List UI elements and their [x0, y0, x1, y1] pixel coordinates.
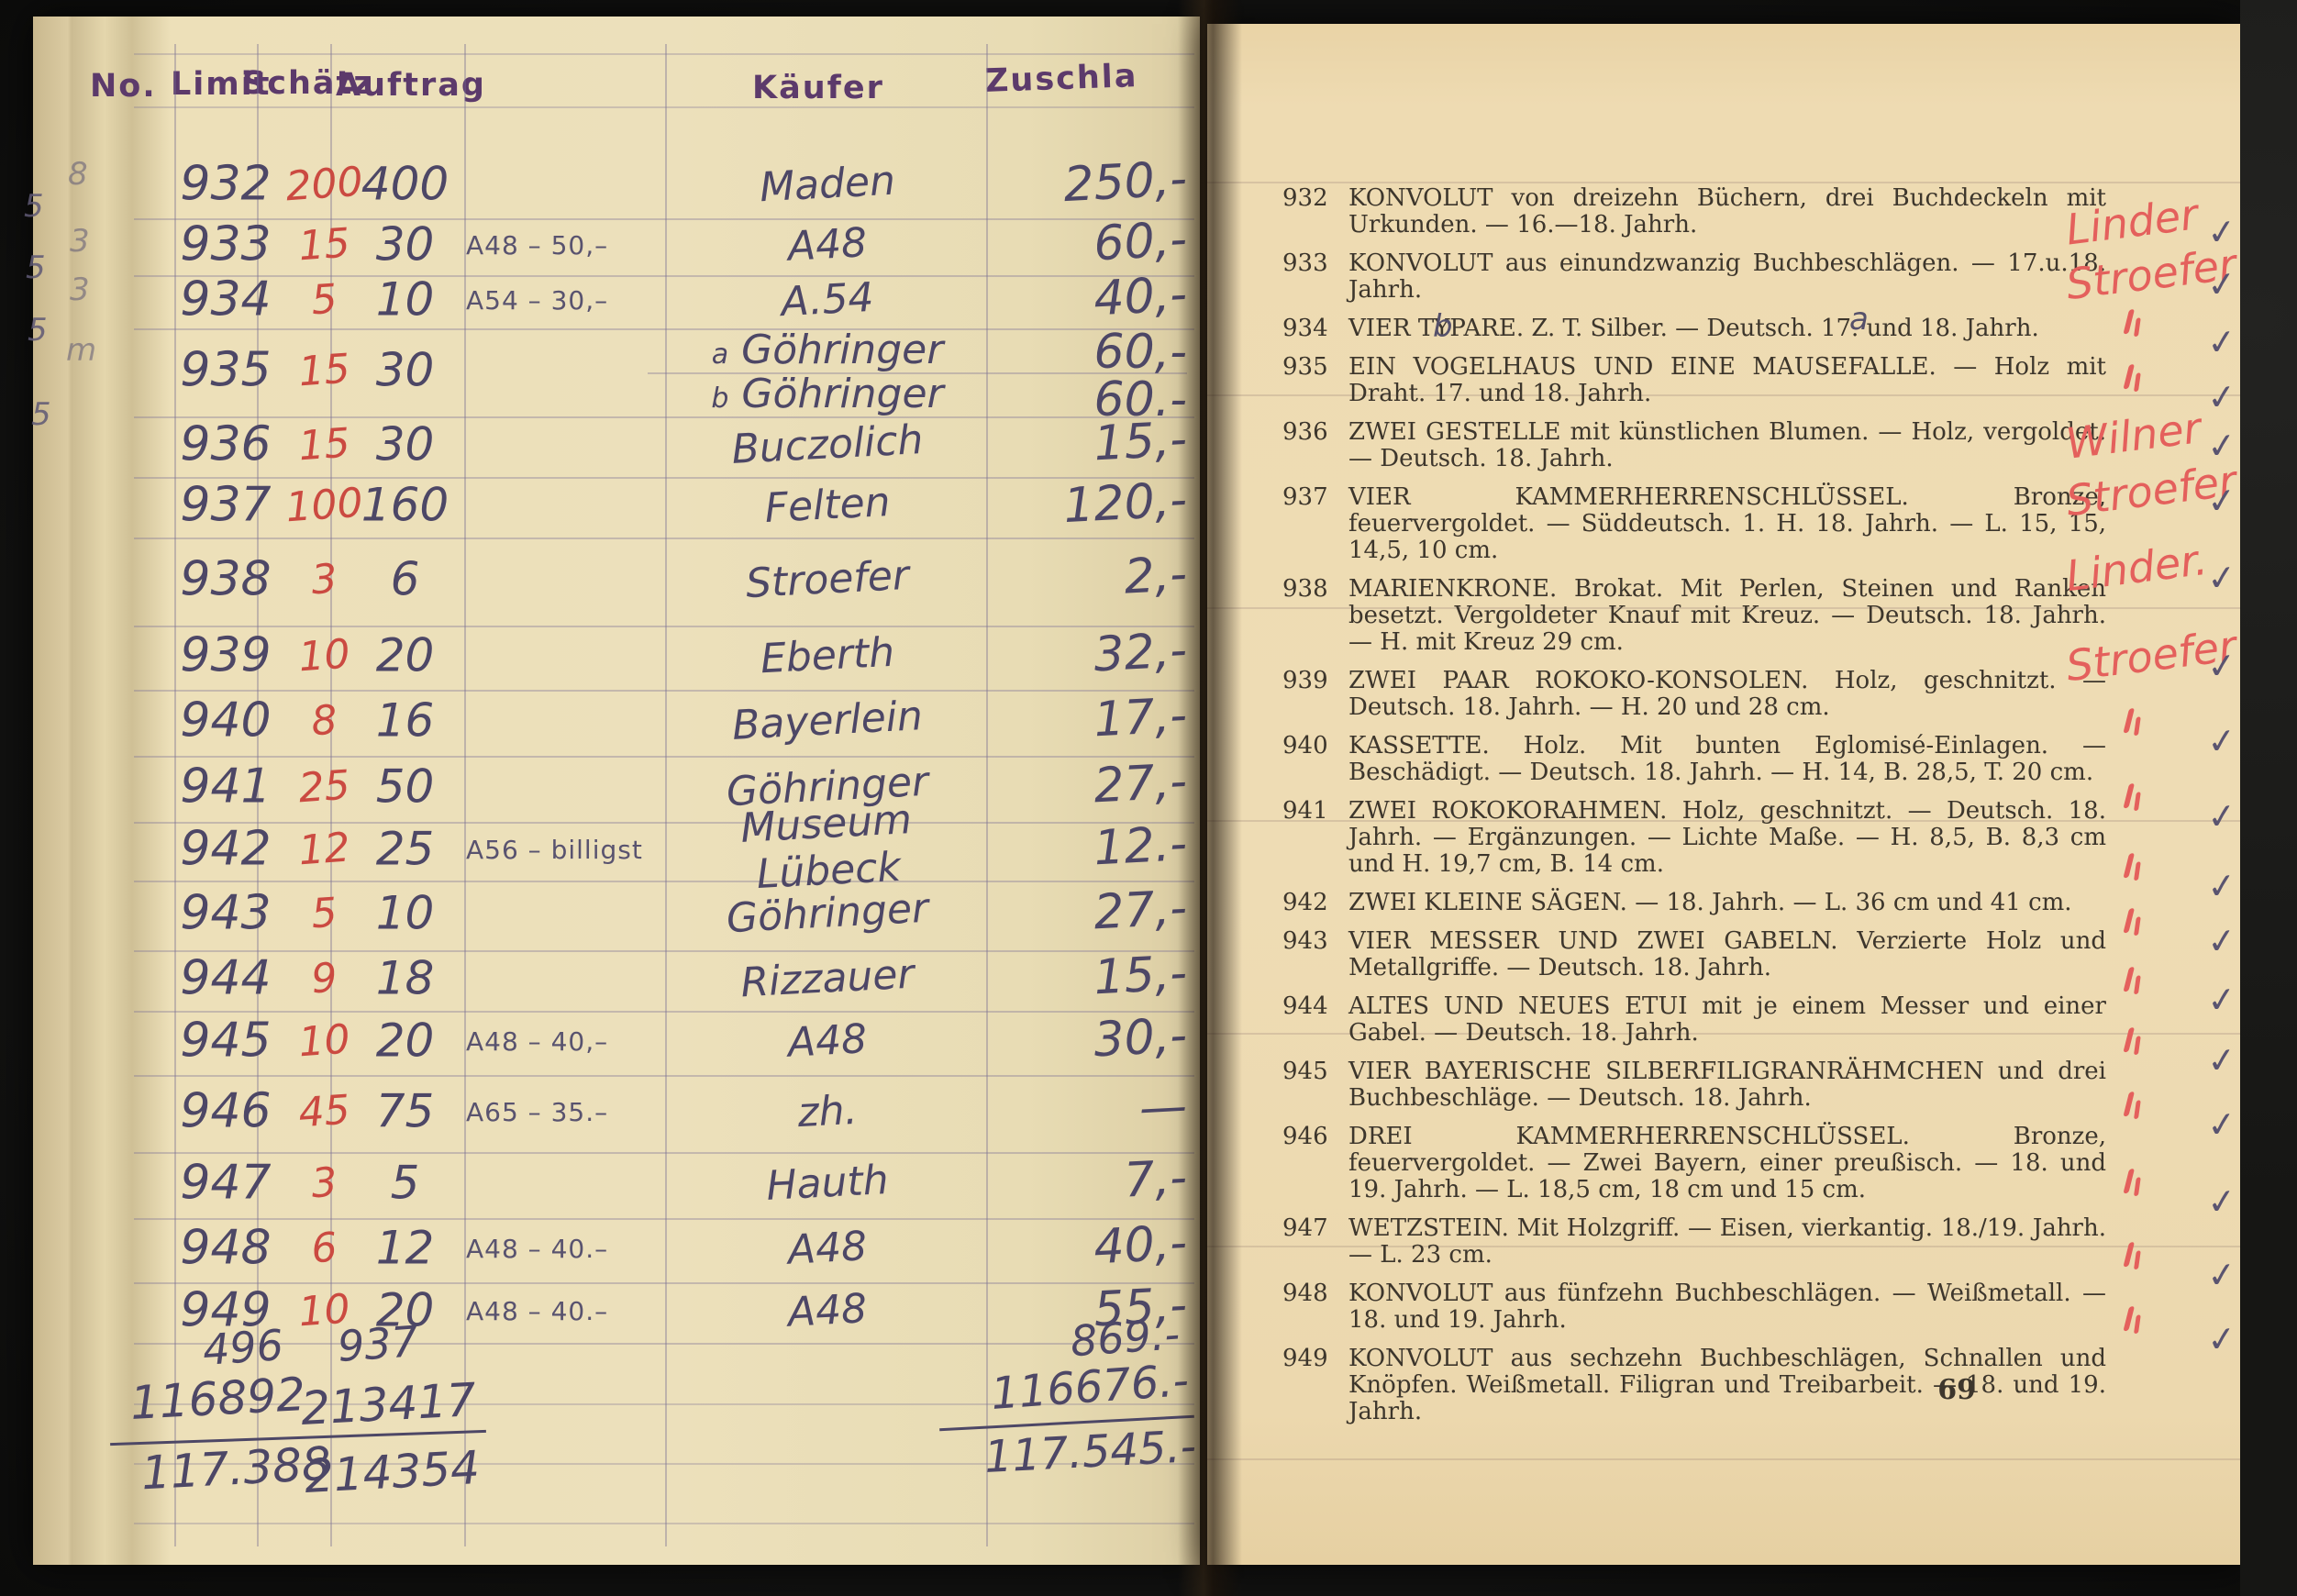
check-mark-icon: ✓ [2205, 1038, 2238, 1081]
cell-schaetz: 20 [352, 1014, 458, 1068]
cell-auftrag: A48 – 40,– [466, 1026, 666, 1057]
lot-description: VIER BAYERISCHE SILBERFILIGRANRÄHMCHEN u… [1348, 1058, 2106, 1112]
lot-number: 940 [1282, 733, 1348, 786]
cell-kaeufer: Maden [667, 152, 988, 216]
catalog-entry: 945VIER BAYERISCHE SILBERFILIGRANRÄHMCHE… [1282, 1058, 2106, 1112]
cell-zuschlag: 30,- [992, 1008, 1189, 1073]
sub-row-letter: b [711, 382, 728, 415]
ledger-row: 944918Rizzauer15,- [134, 950, 1194, 1013]
ledger-row: 943510Göhringer27,- [134, 881, 1194, 952]
limit-subtotal: 496 [201, 1320, 284, 1375]
cell-schaetz: 5 [352, 1157, 458, 1210]
sub-row-letter: a [712, 338, 728, 371]
cell-auftrag: A48 – 50,– [466, 230, 666, 260]
lot-number: 944 [1282, 993, 1348, 1047]
cell-zuschlag: 17,- [992, 688, 1189, 753]
catalog-entry: 943VIER MESSER UND ZWEI GABELN. Verziert… [1282, 928, 2106, 981]
ditto-mark-icon [2119, 705, 2150, 741]
margin-buyer-name: Stroefer✓ [2066, 631, 2240, 681]
ledger-row: 9361530Buczolich15,- [134, 416, 1194, 479]
cell-schaetz: 16 [352, 694, 458, 748]
lot-description: ZWEI ROKOKORAHMEN. Holz, geschnitzt. — D… [1348, 798, 2106, 878]
cell-schaetz: 12 [352, 1222, 458, 1275]
cell-kaeufer-sub: aGöhringer [668, 330, 987, 371]
catalog-entry: 937VIER KAMMERHERRENSCHLÜSSEL. Bronze, f… [1282, 484, 2106, 564]
margin-buyer-name: Linder.✓ [2066, 543, 2240, 593]
cell-kaeufer: Felten [667, 473, 988, 537]
catalog-entry: 935EIN VOGELHAUS UND EINE MAUSEFALLE. — … [1282, 354, 2106, 407]
cell-kaeufer: A48 [667, 1009, 988, 1072]
cell-zuschlag: 60,- [992, 212, 1189, 277]
cell-schaetz: 10 [352, 887, 458, 940]
cell-zuschlag: 27,- [992, 881, 1189, 946]
edge-digit: 8 [68, 156, 88, 193]
ledger-row: 934510A54 – 30,–A.5440,- [134, 275, 1194, 330]
edge-digit: 3 [70, 272, 90, 308]
lot-description: KONVOLUT von dreizehn Büchern, drei Buch… [1348, 185, 2106, 238]
lot-number: 941 [1282, 798, 1348, 878]
margin-annotations: Linder✓Stroefer✓✓✓Wilner✓Stroefer✓Linder… [2066, 0, 2240, 1596]
book-cover-edge [2240, 0, 2297, 1596]
check-mark-icon: ✓ [2205, 644, 2238, 687]
ledger-page: No. Limit Schätz Auftrag Käufer Zuschla … [33, 17, 1200, 1565]
lot-description: KONVOLUT aus einundzwanzig Buchbeschläge… [1348, 250, 2106, 304]
margin-ditto-mark: ✓ [2066, 965, 2240, 1002]
margin-ditto-mark: ✓ [2066, 1240, 2240, 1277]
ditto-mark-icon [2119, 1303, 2150, 1339]
cell-schaetz: 25 [352, 823, 458, 876]
lot-number: 937 [1282, 484, 1348, 564]
lot-description: ZWEI GESTELLE mit künstlichen Blumen. — … [1348, 419, 2106, 472]
cell-kaeufer: Bayerlein [667, 689, 988, 752]
cell-kaeufer-sub: bGöhringer [668, 374, 987, 415]
lot-description: ZWEI PAAR ROKOKO-KONSOLEN. Holz, geschni… [1348, 668, 2106, 721]
lot-number: 948 [1282, 1280, 1348, 1334]
lot-description: VIER MESSER UND ZWEI GABELN. Verzierte H… [1348, 928, 2106, 981]
cell-zuschlag: 2,- [992, 547, 1189, 612]
cell-schaetz: 18 [352, 952, 458, 1005]
margin-buyer-name: Stroefer✓ [2066, 466, 2240, 515]
page-number: 69 [1937, 1374, 1976, 1406]
margin-ditto-mark: ✓ [2066, 1304, 2240, 1341]
cell-auftrag: A65 – 35.– [466, 1097, 666, 1127]
cell-zuschlag: 12.- [992, 816, 1189, 881]
margin-buyer-name: Wilner✓ [2066, 411, 2240, 460]
lot-number: 945 [1282, 1058, 1348, 1112]
buyer-name-text: Linder. [2066, 535, 2210, 601]
ledger-row: 93836Stroefer2,- [134, 538, 1194, 627]
lot-description: KONVOLUT aus fünfzehn Buchbeschlägen. — … [1348, 1280, 2106, 1334]
cell-kaeufer: Eberth [667, 624, 988, 687]
catalog-entry: 936ZWEI GESTELLE mit künstlichen Blumen.… [1282, 419, 2106, 472]
lot-number: 943 [1282, 928, 1348, 981]
ledger-row: 9451020A48 – 40,–A4830,- [134, 1011, 1194, 1077]
ditto-mark-icon [2119, 1089, 2150, 1125]
ledger-row: 9331530A48 – 50,–A4860,- [134, 218, 1194, 277]
check-mark-icon: ✓ [2205, 1103, 2238, 1146]
lot-number: 934 [1282, 316, 1348, 342]
cell-schaetz: 10 [352, 273, 458, 327]
ledger-row: 9391020Eberth32,- [134, 626, 1194, 692]
check-mark-icon: ✓ [2205, 864, 2238, 907]
ledger-row: 94735Hauth7,- [134, 1152, 1194, 1220]
cell-kaeufer: Stroefer [667, 548, 988, 611]
margin-ditto-mark: ✓ [2066, 1090, 2240, 1126]
cell-kaeufer: Buczolich [667, 413, 988, 476]
cell-schaetz: 30 [352, 218, 458, 272]
cell-kaeufer: Hauth [667, 1151, 988, 1214]
lot-number: 933 [1282, 250, 1348, 304]
edge-digit: 5 [31, 396, 51, 433]
catalog-entry: 942ZWEI KLEINE SÄGEN. — 18. Jahrh. — L. … [1282, 890, 2106, 916]
catalog-entry: 949KONVOLUT aus sechzehn Buchbeschlägen,… [1282, 1346, 2106, 1425]
ditto-mark-icon [2119, 964, 2150, 1000]
pencil-letter: a [1849, 301, 1869, 338]
cell-auftrag: A48 – 40.– [466, 1234, 666, 1264]
cell-kaeufer: Rizzauer [667, 947, 988, 1010]
lot-number: 946 [1282, 1124, 1348, 1203]
ditto-mark-icon [2119, 1025, 2150, 1060]
cell-kaeufer: zh. [667, 1080, 988, 1143]
cell-schaetz: 30 [352, 344, 458, 397]
ditto-mark-icon [2119, 781, 2150, 816]
check-mark-icon: ✓ [2205, 919, 2238, 962]
margin-ditto-mark: ✓ [2066, 1025, 2240, 1062]
table-rule-horizontal [134, 106, 1194, 108]
lot-number: 939 [1282, 668, 1348, 721]
table-rule-horizontal [134, 53, 1194, 55]
cell-schaetz: 50 [352, 760, 458, 814]
lot-number: 932 [1282, 185, 1348, 238]
cell-schaetz: 6 [352, 553, 458, 606]
ditto-mark-icon [2119, 1166, 2150, 1202]
margin-buyer-name: Linder✓ [2066, 197, 2240, 247]
margin-ditto-mark: ✓ [2066, 1167, 2240, 1203]
cell-schaetz: 75 [352, 1085, 458, 1138]
margin-ditto-mark: ✓ [2066, 906, 2240, 943]
check-mark-icon: ✓ [2205, 719, 2238, 762]
cell-kaeufer: A.54 [667, 268, 988, 331]
margin-ditto-mark: ✓ [2066, 307, 2240, 344]
catalog-entry: 934VIER TYPARE. Z. T. Silber. — Deutsch.… [1282, 316, 2106, 342]
sub-row-divider [648, 372, 1187, 374]
cell-auftrag: A48 – 40.– [466, 1296, 666, 1326]
cell-zuschlag: — [992, 1079, 1189, 1144]
ledger-row: 9464575A65 – 35.–zh.— [134, 1075, 1194, 1154]
check-mark-icon: ✓ [2205, 1253, 2238, 1296]
lot-description: WETZSTEIN. Mit Holzgriff. — Eisen, vierk… [1348, 1215, 2106, 1269]
ledger-row: 932200400Maden250,- [134, 154, 1194, 220]
ledger-row: 948612A48 – 40.–A4840,- [134, 1218, 1194, 1284]
check-mark-icon: ✓ [2205, 320, 2238, 363]
check-mark-icon: ✓ [2205, 479, 2238, 522]
lot-number: 942 [1282, 890, 1348, 916]
cell-schaetz: 30 [352, 418, 458, 471]
cell-kaeufer: A48 [667, 1279, 988, 1342]
lot-description: VIER KAMMERHERRENSCHLÜSSEL. Bronze, feue… [1348, 484, 2106, 564]
book-gutter-shadow [1178, 0, 1242, 1596]
margin-ditto-mark: ✓ [2066, 362, 2240, 399]
check-mark-icon: ✓ [2205, 1180, 2238, 1223]
catalog-entry: 940KASSETTE. Holz. Mit bunten Eglomisé-E… [1282, 733, 2106, 786]
ditto-mark-icon [2119, 361, 2150, 397]
lot-number: 938 [1282, 576, 1348, 656]
ledger-row: 9351530aGöhringerbGöhringer60,-60.- [134, 328, 1194, 418]
cell-schaetz: 20 [352, 629, 458, 682]
column-header-no: No. [90, 68, 157, 105]
lot-description: KASSETTE. Holz. Mit bunten Eglomisé-Einl… [1348, 733, 2106, 786]
ledger-row: 937100160Felten120,- [134, 477, 1194, 539]
catalog-entry: 947WETZSTEIN. Mit Holzgriff. — Eisen, vi… [1282, 1215, 2106, 1269]
cell-zuschlag-sub: 60,- [993, 328, 1187, 376]
auction-ledger-scan: No. Limit Schätz Auftrag Käufer Zuschla … [0, 0, 2297, 1596]
cell-zuschlag: 7,- [992, 1150, 1189, 1215]
cell-auftrag: A54 – 30,– [466, 285, 666, 316]
edge-digit: 5 [26, 249, 46, 286]
check-mark-icon: ✓ [2205, 794, 2238, 837]
edge-digit: 5 [24, 188, 44, 225]
lot-description: ALTES UND NEUES ETUI mit je einem Messer… [1348, 993, 2106, 1047]
cell-zuschlag: 32,- [992, 623, 1189, 688]
check-mark-icon: ✓ [2205, 556, 2238, 599]
lot-number: 949 [1282, 1346, 1348, 1425]
lot-description: EIN VOGELHAUS UND EINE MAUSEFALLE. — Hol… [1348, 354, 2106, 407]
margin-ditto-mark: ✓ [2066, 781, 2240, 818]
cell-zuschlag: 40,- [992, 267, 1189, 332]
catalog-entry: 946DREI KAMMERHERRENSCHLÜSSEL. Bronze, f… [1282, 1124, 2106, 1203]
edge-digit: 3 [70, 223, 90, 260]
catalog-entry: 938MARIENKRONE. Brokat. Mit Perlen, Stei… [1282, 576, 2106, 656]
check-mark-icon: ✓ [2205, 1317, 2238, 1360]
margin-buyer-name: Stroefer✓ [2066, 249, 2240, 299]
schaetz-carry: 213417 [300, 1373, 478, 1435]
cell-zuschlag: 40,- [992, 1215, 1189, 1280]
lot-description: DREI KAMMERHERRENSCHLÜSSEL. Bronze, feue… [1348, 1124, 2106, 1203]
catalog-entry: 933KONVOLUT aus einundzwanzig Buchbeschl… [1282, 250, 2106, 304]
cell-zuschlag: 120,- [992, 472, 1189, 538]
schaetz-subtotal: 937 [336, 1316, 419, 1371]
lot-description: VIER TYPARE. Z. T. Silber. — Deutsch. 17… [1348, 316, 2106, 342]
check-mark-icon: ✓ [2205, 262, 2238, 305]
ledger-row: 9421225A56 – billigstMuseum Lübeck12.- [134, 822, 1194, 882]
lot-number: 936 [1282, 419, 1348, 472]
catalog-entry: 941ZWEI ROKOKORAHMEN. Holz, geschnitzt. … [1282, 798, 2106, 878]
limit-carry: 116892 [129, 1368, 307, 1430]
cell-kaeufer: Göhringer [667, 881, 988, 945]
cell-schaetz: 400 [352, 158, 458, 211]
catalog-entry: 944ALTES UND NEUES ETUI mit je einem Mes… [1282, 993, 2106, 1047]
ditto-mark-icon [2119, 905, 2150, 941]
buyer-name-text: Wilner [2066, 403, 2203, 469]
cell-zuschlag: 250,- [992, 151, 1189, 216]
ditto-mark-icon [2119, 1239, 2150, 1275]
cell-zuschlag: 15,- [992, 412, 1189, 477]
zuschlag-carry: 116676.- [949, 1355, 1190, 1423]
cell-schaetz: 160 [352, 479, 458, 532]
cell-kaeufer: A48 [667, 1216, 988, 1280]
column-header-zuschlag: Zuschla [984, 58, 1138, 100]
lot-description: ZWEI KLEINE SÄGEN. — 18. Jahrh. — L. 36 … [1348, 890, 2106, 916]
edge-digit: m [66, 332, 96, 369]
cell-zuschlag: 15,- [992, 946, 1189, 1011]
cell-kaeufer: A48 [667, 213, 988, 276]
ditto-mark-icon [2119, 306, 2150, 342]
margin-ditto-mark: ✓ [2066, 851, 2240, 888]
lot-number: 935 [1282, 354, 1348, 407]
cell-zuschlag: 27,- [992, 754, 1189, 819]
pencil-letter: b [1433, 308, 1453, 345]
column-header-kaeufer: Käufer [752, 70, 884, 106]
lot-description: MARIENKRONE. Brokat. Mit Perlen, Steinen… [1348, 576, 2106, 656]
catalog-entry: 939ZWEI PAAR ROKOKO-KONSOLEN. Holz, gesc… [1282, 668, 2106, 721]
catalog-entry: 932KONVOLUT von dreizehn Büchern, drei B… [1282, 185, 2106, 238]
check-mark-icon: ✓ [2205, 978, 2238, 1021]
catalog-entry: 948KONVOLUT aus fünfzehn Buchbeschlägen.… [1282, 1280, 2106, 1334]
cell-auftrag: A56 – billigst [466, 835, 666, 865]
margin-ditto-mark: ✓ [2066, 706, 2240, 743]
table-rule-horizontal [134, 1523, 1194, 1524]
ledger-row: 940816Bayerlein17,- [134, 690, 1194, 758]
edge-digit: 5 [28, 312, 48, 349]
ledger-row: 9412550Göhringer27,- [134, 756, 1194, 824]
schaetz-sum: 214354 [304, 1441, 482, 1503]
ditto-mark-icon [2119, 850, 2150, 886]
lot-description: KONVOLUT aus sechzehn Buchbeschlägen, Sc… [1348, 1346, 2106, 1425]
lot-number: 947 [1282, 1215, 1348, 1269]
